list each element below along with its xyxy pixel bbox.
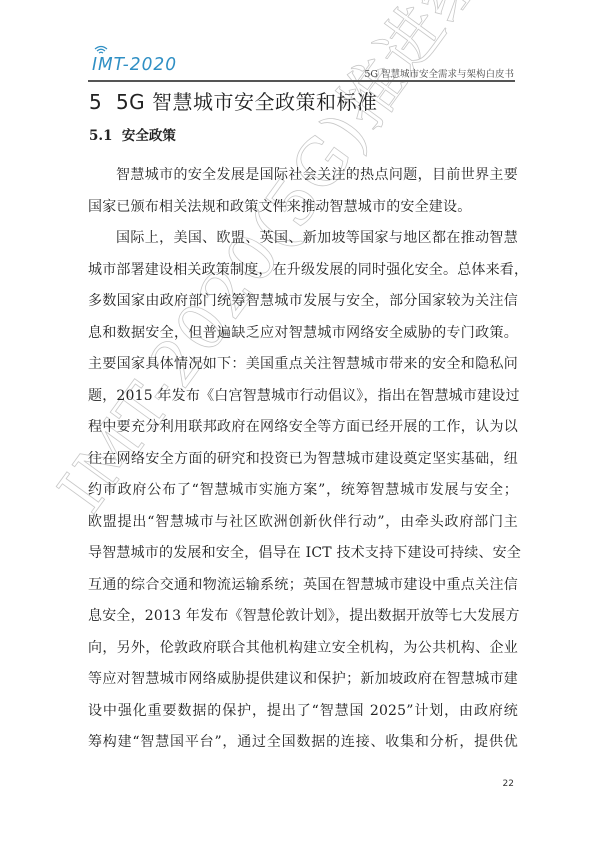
paragraph: 智慧城市的安全发展是国际社会关注的热点问题，目前世界主要 国家已颁布相关法规和政… — [88, 160, 518, 223]
text-line: 向，另外，伦敦政府联合其他机构建立安全机构，为公共机构、企业 — [88, 633, 518, 665]
body-text: 智慧城市的安全发展是国际社会关注的热点问题，目前世界主要 国家已颁布相关法规和政… — [88, 160, 518, 759]
text-line: 息安全，2013 年发布《智慧伦敦计划》，提出数据开放等七大发展方 — [88, 601, 518, 633]
text-line: 智慧城市的安全发展是国际社会关注的热点问题，目前世界主要 — [88, 160, 518, 192]
text-line: 国家已颁布相关法规和政策文件来推动智慧城市的安全建设。 — [88, 192, 518, 224]
text-line: 设中强化重要数据的保护，提出了“智慧国 2025”计划，由政府统 — [88, 696, 518, 728]
subsection-number: 5.1 — [89, 128, 113, 144]
text-line: 国际上，美国、欧盟、英国、新加坡等国家与地区都在推动智慧 — [88, 223, 518, 255]
text-line: 城市部署建设相关政策制度，在升级发展的同时强化安全。总体来看， — [88, 255, 518, 287]
section-prefix: 5G — [116, 90, 145, 114]
imt-2020-logo: IMT-2020 — [92, 48, 177, 74]
header-divider — [88, 80, 515, 82]
subsection-title: 安全政策 — [122, 128, 176, 144]
page-number: 22 — [503, 779, 514, 789]
text-line: 约市政府公布了“智慧城市实施方案”，统筹智慧城市发展与安全； — [88, 475, 518, 507]
text-line: 多数国家由政府部门统筹智慧城市发展与安全，部分国家较为关注信 — [88, 286, 518, 318]
paragraph: 国际上，美国、欧盟、英国、新加坡等国家与地区都在推动智慧 城市部署建设相关政策制… — [88, 223, 518, 759]
text-line: 等应对智慧城市网络威胁提供建议和保护；新加坡政府在智慧城市建 — [88, 664, 518, 696]
section-number: 5 — [89, 90, 102, 114]
text-line: 往在网络安全方面的研究和投资已为智慧城市建设奠定坚实基础，纽 — [88, 444, 518, 476]
text-line: 程中要充分利用联邦政府在网络安全等方面已经开展的工作，认为以 — [88, 412, 518, 444]
section-heading: 5 5G 智慧城市安全政策和标准 — [89, 86, 378, 115]
document-title: 5G 智慧城市安全需求与架构白皮书 — [364, 66, 514, 80]
text-line: 欧盟提出“智慧城市与社区欧洲创新伙伴行动”，由牵头政府部门主 — [88, 507, 518, 539]
text-line: 题，2015 年发布《白宫智慧城市行动倡议》，指出在智慧城市建设过 — [88, 381, 518, 413]
text-line: 导智慧城市的发展和安全，倡导在 ICT 技术支持下建设可持续、安全 — [88, 538, 518, 570]
text-line: 筹构建“智慧国平台”，通过全国数据的连接、收集和分析，提供优 — [88, 727, 518, 759]
logo-text: IMT-2020 — [92, 57, 177, 75]
text-line: 息和数据安全，但普遍缺乏应对智慧城市网络安全威胁的专门政策。 — [88, 318, 518, 350]
subsection-heading: 5.1 安全政策 — [89, 124, 176, 144]
text-line: 主要国家具体情况如下：美国重点关注智慧城市带来的安全和隐私问 — [88, 349, 518, 381]
text-line: 互通的综合交通和物流运输系统；英国在智慧城市建设中重点关注信 — [88, 570, 518, 602]
section-title: 智慧城市安全政策和标准 — [152, 90, 378, 114]
